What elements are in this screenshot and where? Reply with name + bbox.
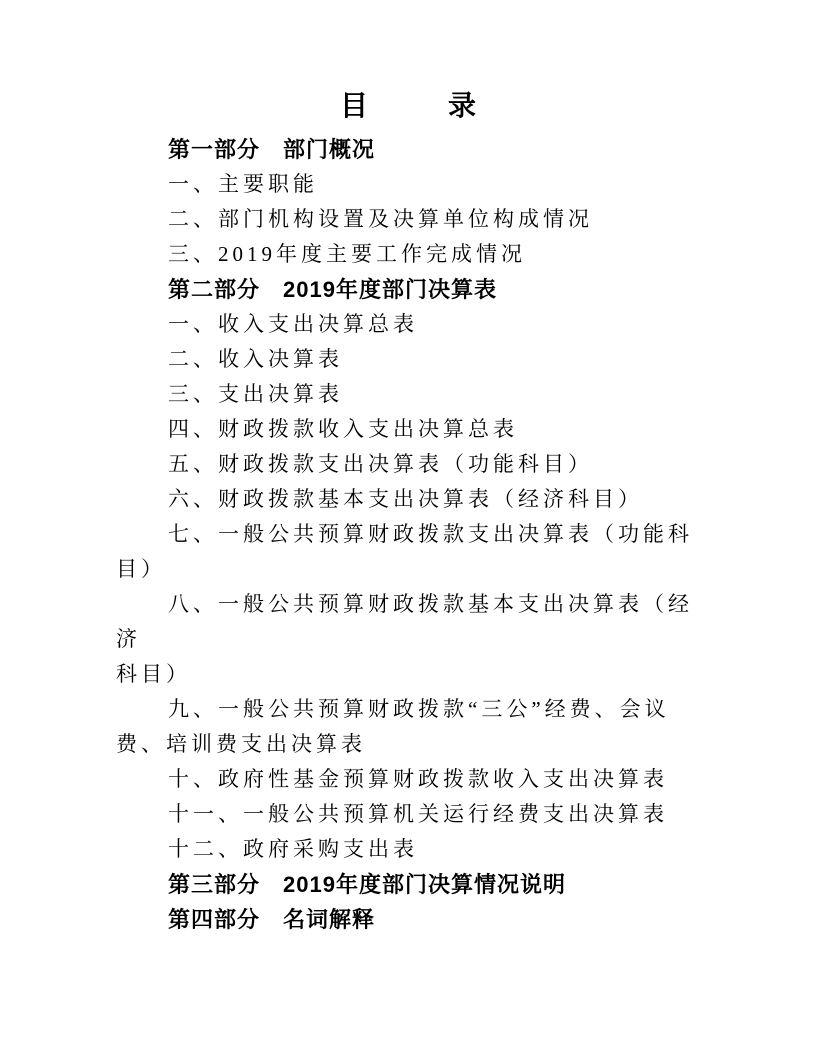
toc-part-header: 第三部分 2019年度部门决算情况说明 bbox=[116, 867, 708, 902]
toc-item: 二、部门机构设置及决算单位构成情况 bbox=[116, 202, 708, 237]
toc-item: 九、一般公共预算财政拨款“三公”经费、会议 费、培训费支出决算表 bbox=[116, 692, 708, 762]
toc-item: 一、主要职能 bbox=[116, 167, 708, 202]
toc-item: 三、2019年度主要工作完成情况 bbox=[116, 237, 708, 272]
toc-item: 二、收入决算表 bbox=[116, 342, 708, 377]
toc-part-header: 第一部分 部门概况 bbox=[116, 132, 708, 167]
toc-item: 六、财政拨款基本支出决算表（经济科目） bbox=[116, 482, 708, 517]
document-page: 目 录 第一部分 部门概况一、主要职能二、部门机构设置及决算单位构成情况三、20… bbox=[0, 0, 816, 1056]
toc-item: 三、支出决算表 bbox=[116, 377, 708, 412]
toc-item: 十一、一般公共预算机关运行经费支出决算表 bbox=[116, 797, 708, 832]
toc-item: 五、财政拨款支出决算表（功能科目） bbox=[116, 447, 708, 482]
toc-item: 十、政府性基金预算财政拨款收入支出决算表 bbox=[116, 762, 708, 797]
toc-item: 十二、政府采购支出表 bbox=[116, 832, 708, 867]
toc-part-header: 第二部分 2019年度部门决算表 bbox=[116, 272, 708, 307]
table-of-contents: 第一部分 部门概况一、主要职能二、部门机构设置及决算单位构成情况三、2019年度… bbox=[116, 132, 708, 937]
toc-item: 四、财政拨款收入支出决算总表 bbox=[116, 412, 708, 447]
toc-item: 八、一般公共预算财政拨款基本支出决算表（经济 科目） bbox=[116, 587, 708, 692]
toc-part-header: 第四部分 名词解释 bbox=[116, 902, 708, 937]
page-title: 目 录 bbox=[116, 86, 708, 126]
toc-item: 七、一般公共预算财政拨款支出决算表（功能科 目） bbox=[116, 517, 708, 587]
toc-item: 一、收入支出决算总表 bbox=[116, 307, 708, 342]
